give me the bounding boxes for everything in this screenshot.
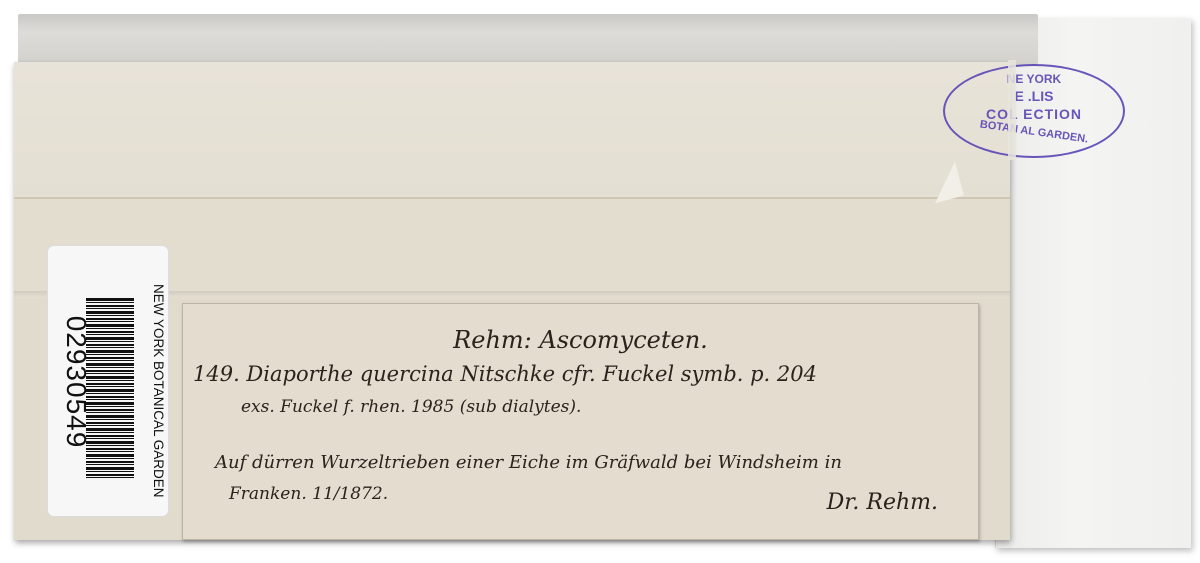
stamp-line-2: E .LIS — [945, 88, 1123, 104]
packet-edge-over-stamp — [1008, 60, 1016, 160]
specimen-label: Rehm: Ascomyceten. 149. Diaporthe querci… — [182, 303, 979, 540]
label-title: Rehm: Ascomyceten. — [183, 326, 978, 354]
barcode-institution: NEW YORK BOTANICAL GARDEN — [148, 284, 168, 484]
label-signature: Dr. Rehm. — [827, 490, 938, 515]
barcode-label: 02930549 NEW YORK BOTANICAL GARDEN — [47, 245, 169, 517]
stamp-line-1: NE YORK — [945, 72, 1123, 86]
label-taxon: 149. Diaporthe quercina Nitschke cfr. Fu… — [193, 362, 817, 386]
specimen-photo: 02930549 NEW YORK BOTANICAL GARDEN Rehm:… — [0, 0, 1200, 563]
ellis-collection-stamp: NE YORK E .LIS COL ECTION BOTAN AL GARDE… — [943, 64, 1125, 158]
label-exsiccata: exs. Fuckel f. rhen. 1985 (sub dialytes)… — [241, 397, 581, 417]
top-flap — [18, 14, 1038, 66]
label-locality: Auf dürren Wurzeltrieben einer Eiche im … — [215, 452, 842, 473]
packet-fold-top — [14, 62, 1010, 199]
barcode-number: 02930549 — [58, 282, 94, 482]
label-date: Franken. 11/1872. — [229, 484, 388, 504]
